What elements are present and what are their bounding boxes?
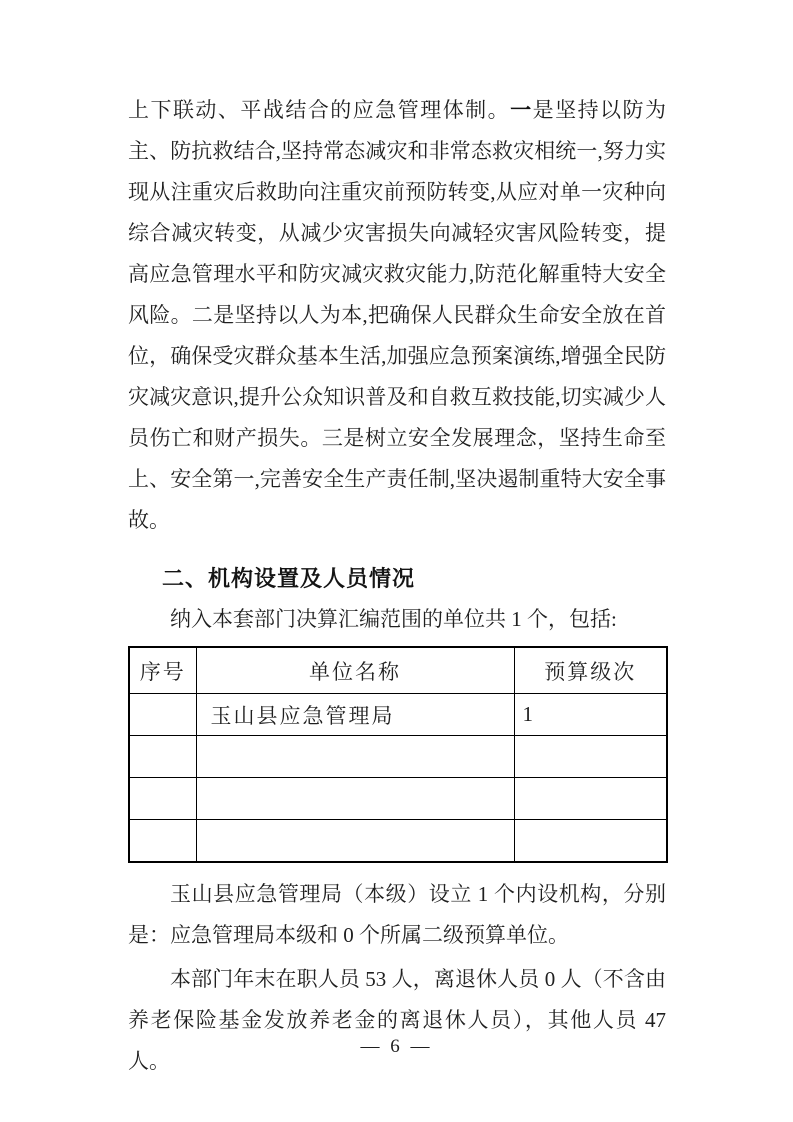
body-paragraph-2: 玉山县应急管理局（本级）设立 1 个内设机构，分别是：应急管理局本级和 0 个所… — [128, 874, 666, 956]
unit-name-cell: 玉山县应急管理局 — [196, 694, 514, 736]
budget-level-cell — [514, 778, 667, 820]
unit-name-column-header: 单位名称 — [196, 647, 514, 694]
table-row — [129, 778, 667, 820]
paragraph-1-bold-run: 一 — [510, 98, 532, 122]
section-heading: 二、机构设置及人员情况 — [128, 558, 666, 599]
budget-level-cell — [514, 736, 667, 778]
unit-name-cell — [196, 778, 514, 820]
budget-level-cell: 1 — [514, 694, 667, 736]
units-table: 序号 单位名称 预算级次 玉山县应急管理局 1 — [128, 646, 668, 863]
paragraph-1-text-before: 上下联动、平战结合的应急管理体制。 — [128, 98, 510, 122]
table-row — [129, 820, 667, 863]
table-header-row: 序号 单位名称 预算级次 — [129, 647, 667, 694]
table-row: 玉山县应急管理局 1 — [129, 694, 667, 736]
unit-name-cell — [196, 736, 514, 778]
table-row — [129, 736, 667, 778]
serial-column-header: 序号 — [129, 647, 196, 694]
page-number: — 6 — — [0, 1036, 793, 1058]
body-paragraph-3: 本部门年末在职人员 53 人，离退休人员 0 人（不含由养老保险基金发放养老金的… — [128, 959, 666, 1082]
serial-cell — [129, 778, 196, 820]
serial-cell — [129, 736, 196, 778]
budget-level-cell — [514, 820, 667, 863]
budget-level-column-header: 预算级次 — [514, 647, 667, 694]
unit-name-cell — [196, 820, 514, 863]
serial-cell — [129, 820, 196, 863]
body-paragraph-1: 上下联动、平战结合的应急管理体制。一是坚持以防为主、防抗救结合,坚持常态减灾和非… — [128, 90, 666, 541]
document-page: 上下联动、平战结合的应急管理体制。一是坚持以防为主、防抗救结合,坚持常态减灾和非… — [0, 0, 793, 1122]
scope-intro-line: 纳入本套部门决算汇编范围的单位共 1 个，包括: — [128, 599, 666, 640]
serial-cell — [129, 694, 196, 736]
document-body: 上下联动、平战结合的应急管理体制。一是坚持以防为主、防抗救结合,坚持常态减灾和非… — [128, 90, 666, 1082]
paragraph-1-text-after: 是坚持以防为主、防抗救结合,坚持常态减灾和非常态救灾相统一,努力实现从注重灾后救… — [128, 98, 666, 532]
